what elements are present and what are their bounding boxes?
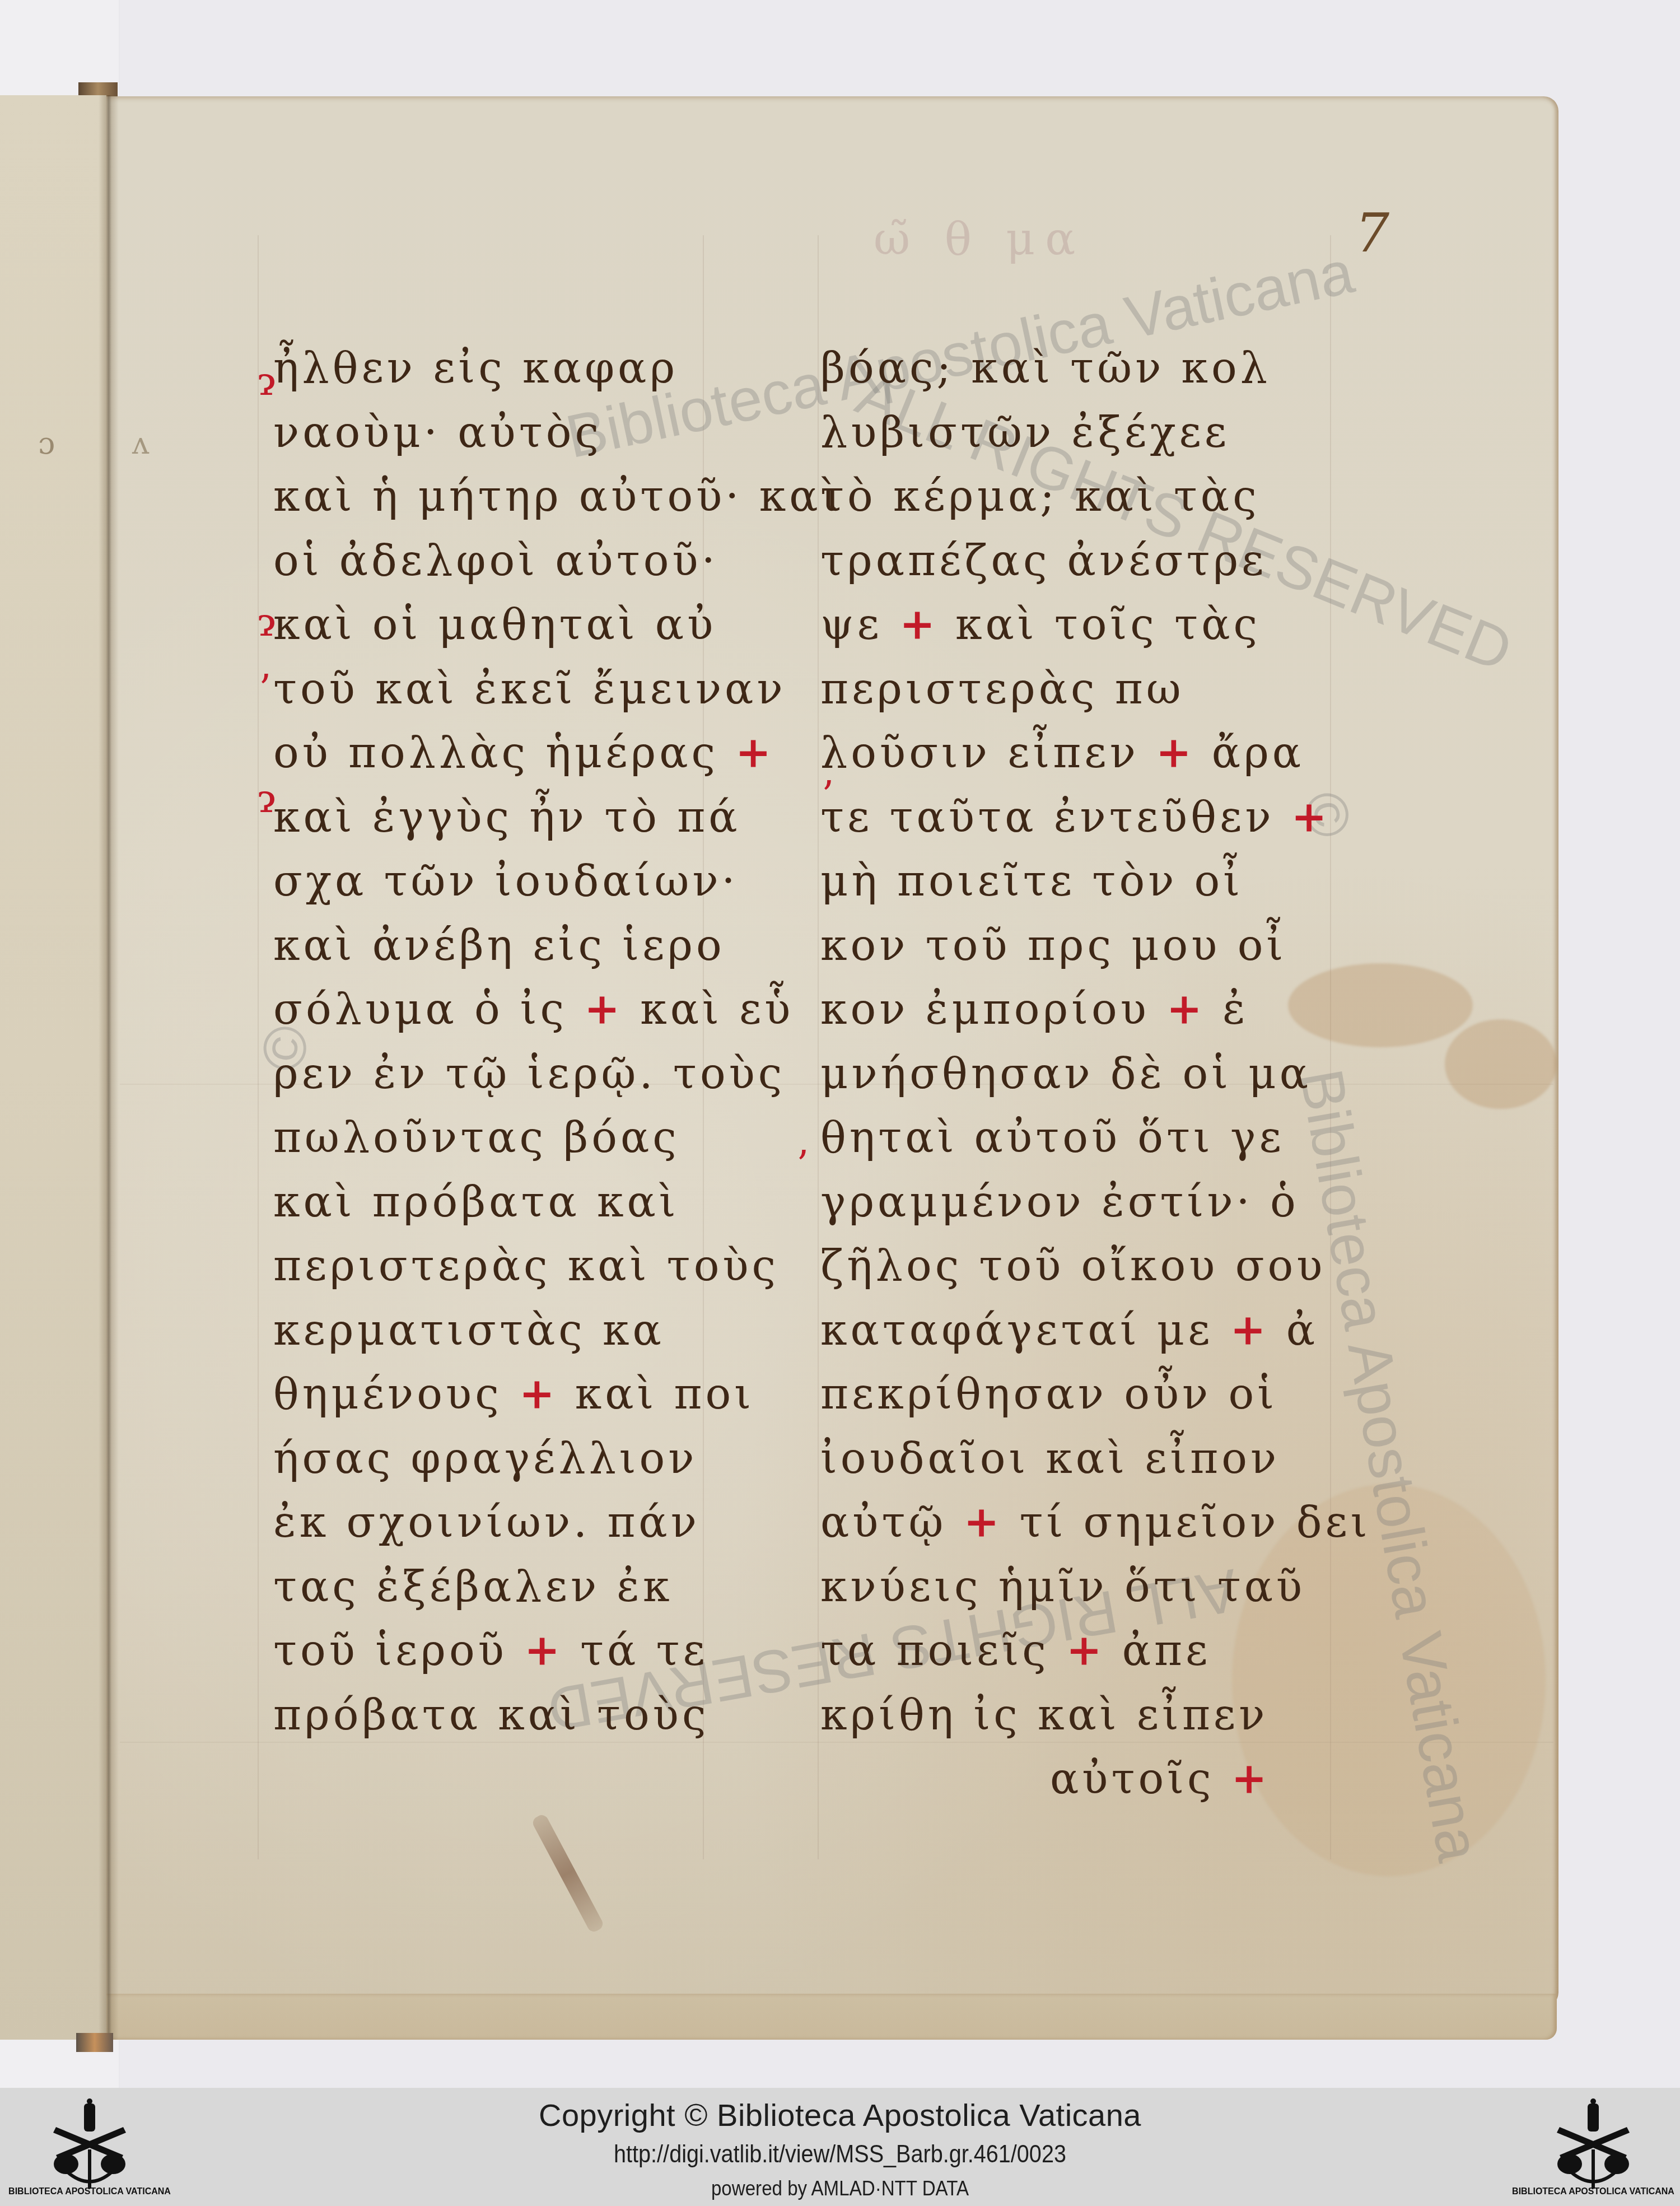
text-line: κον τοῦ πρς μου οἶ	[820, 913, 1358, 978]
text-line: λοῦσιν εἶπεν + ἄρα	[820, 721, 1358, 785]
permalink-url[interactable]: http://digi.vatlib.it/view/MSS_Barb.gr.4…	[84, 2140, 1596, 2168]
text-line: καὶ πρόβατα καὶ	[273, 1170, 777, 1234]
text-line: ἰουδαῖοι καὶ εἶπον	[820, 1426, 1358, 1491]
text-line: περιστερὰς πω	[820, 657, 1358, 721]
text-line: κον ἐμπορίου + ἐ	[820, 977, 1358, 1042]
text-line: ἦλθεν εἰς καφαρ	[273, 336, 777, 400]
text-line: τοῦ ἱεροῦ + τά τε	[273, 1619, 777, 1683]
bleed-through-text: ω̃ θ μα	[874, 213, 1187, 258]
text-line: πρόβατα καὶ τοὺς	[273, 1683, 777, 1747]
text-line: τοῦ καὶ ἐκεῖ ἔμειναν	[273, 657, 777, 721]
rubric-mark: ɂ	[258, 776, 276, 822]
page-bottom-edge	[106, 1994, 1557, 2040]
rubric-cross: +	[519, 1369, 558, 1419]
text-line: οἱ ἀδελφοὶ αὐτοῦ·	[273, 529, 777, 593]
text-line: καὶ ἐγγὺς ἦν τὸ πά	[273, 785, 777, 850]
text-line: ρεν ἐν τῷ ἱερῷ. τοὺς	[273, 1042, 777, 1106]
margin-mark: ʌ	[132, 426, 150, 461]
facing-leaf-edge	[0, 95, 106, 2040]
text-line: καὶ οἱ μαθηταὶ αὐ	[273, 593, 777, 657]
rubric-cross: +	[1066, 1625, 1105, 1675]
text-line: θηταὶ αὐτοῦ ὅτι γε	[820, 1106, 1358, 1170]
rubric-cross: +	[735, 727, 774, 777]
text-line: κερματιστὰς κα	[273, 1298, 777, 1363]
text-line: αὐτοῖς +	[820, 1747, 1358, 1811]
rubric-mark: ʼ	[258, 666, 270, 712]
text-line: κρίθη ἰς καὶ εἶπεν	[820, 1683, 1358, 1747]
copyright-text: Copyright © Biblioteca Apostolica Vatica…	[0, 2097, 1680, 2133]
rubric-cross: +	[1291, 792, 1331, 842]
text-line: καὶ ἀνέβη εἰς ἱερο	[273, 913, 777, 978]
text-line: ναοὺμ· αὐτὸς	[273, 400, 777, 465]
text-line: καὶ ἡ μήτηρ αὐτοῦ· καὶ	[273, 464, 777, 529]
text-line: λυβιστῶν ἐξέχεε	[820, 400, 1358, 465]
text-line: περιστερὰς καὶ τοὺς	[273, 1234, 777, 1298]
text-line: πεκρίθησαν οὖν οἱ	[820, 1362, 1358, 1426]
rubric-cross: +	[1230, 1305, 1270, 1355]
text-line: ψε + καὶ τοῖς τὰς	[820, 593, 1358, 657]
margin-mark: ɔ	[38, 426, 55, 461]
text-line: ἐκ σχοινίων. πάν	[273, 1490, 777, 1555]
text-line: βόας; καὶ τῶν κολ	[820, 336, 1358, 400]
text-line: θημένους + καὶ ποι	[273, 1362, 777, 1426]
text-line: σόλυμα ὁ ἰς + καὶ εὗ	[273, 977, 777, 1042]
rubric-cross: +	[524, 1625, 563, 1675]
text-line: μνήσθησαν δὲ οἱ μα	[820, 1042, 1358, 1106]
rubric-mark: ɂ	[258, 358, 276, 404]
rubric-cross: +	[899, 599, 939, 649]
folio-number: 7	[1355, 202, 1389, 264]
binding-tab-bottom	[76, 2033, 113, 2052]
binding-gutter	[99, 95, 119, 2040]
text-column-left: ἦλθεν εἰς καφαρ ναοὺμ· αὐτὸς καὶ ἡ μήτηρ…	[273, 336, 777, 1747]
text-line: ζῆλος τοῦ οἴκου σου	[820, 1234, 1358, 1298]
rubric-mark: ʼ	[820, 773, 833, 819]
text-line: πωλοῦντας βόας	[273, 1106, 777, 1170]
text-line: τας ἐξέβαλεν ἐκ	[273, 1555, 777, 1619]
text-line: μὴ ποιεῖτε τὸν οἶ	[820, 849, 1358, 913]
water-stain	[1445, 1019, 1557, 1109]
text-line: γραμμένον ἐστίν· ὁ	[820, 1170, 1358, 1234]
rubric-cross: +	[584, 984, 623, 1034]
rubric-mark: ɂ	[258, 599, 276, 645]
text-line: τὸ κέρμα; καὶ τὰς	[820, 464, 1358, 529]
rubric-cross: +	[1166, 984, 1206, 1034]
rubric-cross: +	[1231, 1753, 1271, 1803]
rubric-cross: +	[964, 1497, 1003, 1547]
text-line: τα ποιεῖς + ἀπε	[820, 1619, 1358, 1683]
text-line: αὐτῷ + τί σημεῖον δει	[820, 1490, 1358, 1555]
rubric-cross: +	[1156, 727, 1195, 777]
text-line: καταφάγεταί με + ἀ	[820, 1298, 1358, 1363]
text-line: τραπέζας ἀνέστρε	[820, 529, 1358, 593]
text-column-right: βόας; καὶ τῶν κολ λυβιστῶν ἐξέχεε τὸ κέρ…	[820, 336, 1358, 1811]
text-line: κνύεις ἡμῖν ὅτι ταῦ	[820, 1555, 1358, 1619]
text-line: σχα τῶν ἰουδαίων·	[273, 849, 777, 913]
text-line: οὐ πολλὰς ἡμέρας +	[273, 721, 777, 785]
rubric-mark: ʼ	[795, 1142, 808, 1188]
text-line: ήσας φραγέλλιον	[273, 1426, 777, 1491]
powered-by-text: powered by AMLAD·NTT DATA	[67, 2177, 1613, 2200]
text-line: τε ταῦτα ἐντεῦθεν +	[820, 785, 1358, 850]
